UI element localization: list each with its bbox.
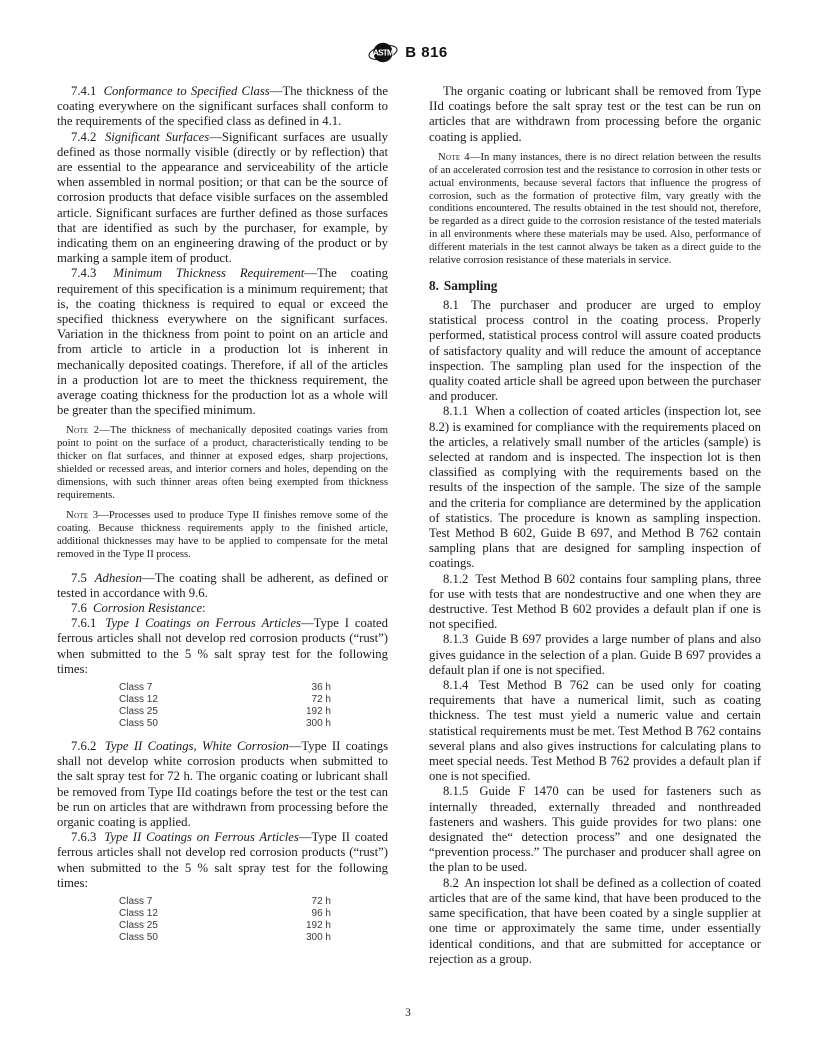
- section-title: Significant Surfaces: [105, 130, 209, 144]
- section-number: 8.2: [443, 876, 459, 890]
- page-header: ASTM B 816: [0, 40, 816, 65]
- section-title: Type II Coatings, White Corrosion: [105, 739, 289, 753]
- class-label: Class 25: [119, 920, 158, 932]
- paragraph-8-1-5: 8.1.5 Guide F 1470 can be used for faste…: [429, 784, 761, 875]
- section-number: 7.6.3: [71, 830, 96, 844]
- paragraph-text: When a collection of coated articles (in…: [429, 404, 761, 570]
- paragraph-7-4-2: 7.4.2 Significant Surfaces—Significant s…: [57, 130, 388, 267]
- astm-logo-text: ASTM: [373, 49, 394, 58]
- table-row: Class 1296 h: [119, 908, 331, 920]
- note-label: Note 2: [66, 425, 99, 436]
- note-2: Note 2—The thickness of mechanically dep…: [57, 425, 388, 502]
- table-row: Class 736 h: [119, 682, 331, 694]
- time-value: 36 h: [312, 682, 331, 694]
- table-row: Class 50300 h: [119, 718, 331, 730]
- table-row: Class 25192 h: [119, 920, 331, 932]
- section-number: 7.5: [71, 571, 87, 585]
- section-title: Corrosion Resistance: [93, 601, 202, 615]
- time-value: 72 h: [312, 896, 331, 908]
- paragraph-7-5: 7.5 Adhesion—The coating shall be adhere…: [57, 571, 388, 601]
- paragraph-text: :: [202, 601, 206, 615]
- note-4: Note 4—In many instances, there is no di…: [429, 152, 761, 268]
- page-number: 3: [0, 1007, 816, 1019]
- paragraph-8-1: 8.1 The purchaser and producer are urged…: [429, 298, 761, 404]
- table-row: Class 772 h: [119, 896, 331, 908]
- note-3: Note 3—Processes used to produce Type II…: [57, 510, 388, 562]
- note-label: Note 4: [438, 152, 470, 163]
- paragraph-7-6-1: 7.6.1 Type I Coatings on Ferrous Article…: [57, 616, 388, 677]
- class-label: Class 50: [119, 932, 158, 944]
- table-row: Class 50300 h: [119, 932, 331, 944]
- paragraph-text: Guide F 1470 can be used for fasteners s…: [429, 784, 761, 874]
- salt-spray-times-table-2: Class 772 h Class 1296 h Class 25192 h C…: [119, 896, 331, 944]
- paragraph-text: An inspection lot shall be defined as a …: [429, 876, 761, 966]
- document-page: ASTM B 816 7.4.1 Conformance to Specifie…: [0, 0, 816, 1056]
- salt-spray-times-table-1: Class 736 h Class 1272 h Class 25192 h C…: [119, 682, 331, 730]
- paragraph-8-1-3: 8.1.3 Guide B 697 provides a large numbe…: [429, 632, 761, 678]
- paragraph-7-4-3: 7.4.3 Minimum Thickness Requirement—The …: [57, 266, 388, 418]
- note-text: —In many instances, there is no direct r…: [429, 152, 761, 266]
- section-number: 8.1: [443, 298, 459, 312]
- section-title: Minimum Thickness Requirement: [113, 266, 304, 280]
- left-column: 7.4.1 Conformance to Specified Class—The…: [57, 84, 388, 950]
- paragraph-text: The organic coating or lubricant shall b…: [429, 84, 761, 144]
- section-number: 8.1.4: [443, 678, 468, 692]
- section-title: Type II Coatings on Ferrous Articles: [104, 830, 299, 844]
- paragraph-text: Test Method B 602 contains four sampling…: [429, 572, 761, 632]
- class-label: Class 12: [119, 694, 158, 706]
- section-number: 8.1.2: [443, 572, 468, 586]
- section-number: 7.4.1: [71, 84, 96, 98]
- class-label: Class 50: [119, 718, 158, 730]
- heading-number: 8.: [429, 278, 439, 293]
- table-row: Class 25192 h: [119, 706, 331, 718]
- paragraph-continuation: The organic coating or lubricant shall b…: [429, 84, 761, 145]
- paragraph-text: The purchaser and producer are urged to …: [429, 298, 761, 403]
- time-value: 96 h: [312, 908, 331, 920]
- class-label: Class 7: [119, 682, 152, 694]
- section-number: 8.1.1: [443, 404, 468, 418]
- paragraph-7-4-1: 7.4.1 Conformance to Specified Class—The…: [57, 84, 388, 130]
- table-row: Class 1272 h: [119, 694, 331, 706]
- heading-8-sampling: 8.Sampling: [429, 278, 761, 294]
- section-number: 7.6.2: [71, 739, 96, 753]
- paragraph-8-1-2: 8.1.2 Test Method B 602 contains four sa…: [429, 572, 761, 633]
- section-number: 8.1.3: [443, 632, 468, 646]
- section-number: 7.4.3: [71, 266, 96, 280]
- note-text: —Processes used to produce Type II finis…: [57, 510, 388, 560]
- time-value: 192 h: [306, 706, 331, 718]
- section-number: 7.6: [71, 601, 87, 615]
- class-label: Class 25: [119, 706, 158, 718]
- paragraph-7-6: 7.6 Corrosion Resistance:: [57, 601, 388, 616]
- heading-title: Sampling: [444, 278, 498, 293]
- section-title: Type I Coatings on Ferrous Articles: [105, 616, 301, 630]
- time-value: 192 h: [306, 920, 331, 932]
- class-label: Class 12: [119, 908, 158, 920]
- document-code: B 816: [405, 44, 448, 61]
- paragraph-text: —Significant surfaces are usually define…: [57, 130, 388, 266]
- section-number: 7.6.1: [71, 616, 96, 630]
- paragraph-text: Test Method B 762 can be used only for c…: [429, 678, 761, 783]
- paragraph-7-6-2: 7.6.2 Type II Coatings, White Corrosion—…: [57, 739, 388, 830]
- time-value: 300 h: [306, 932, 331, 944]
- note-label: Note 3: [66, 510, 98, 521]
- paragraph-7-6-3: 7.6.3 Type II Coatings on Ferrous Articl…: [57, 830, 388, 891]
- astm-logo-icon: ASTM: [368, 40, 398, 65]
- paragraph-text: Guide B 697 provides a large number of p…: [429, 632, 761, 676]
- class-label: Class 7: [119, 896, 152, 908]
- section-number: 8.1.5: [443, 784, 468, 798]
- section-number: 7.4.2: [71, 130, 96, 144]
- paragraph-text: —The coating requirement of this specifi…: [57, 266, 388, 417]
- section-title: Conformance to Specified Class: [104, 84, 270, 98]
- section-title: Adhesion: [95, 571, 142, 585]
- time-value: 300 h: [306, 718, 331, 730]
- note-text: —The thickness of mechanically deposited…: [57, 425, 388, 501]
- time-value: 72 h: [312, 694, 331, 706]
- paragraph-8-1-4: 8.1.4 Test Method B 762 can be used only…: [429, 678, 761, 784]
- paragraph-8-1-1: 8.1.1 When a collection of coated articl…: [429, 404, 761, 571]
- paragraph-8-2: 8.2 An inspection lot shall be defined a…: [429, 876, 761, 967]
- right-column: The organic coating or lubricant shall b…: [429, 84, 761, 967]
